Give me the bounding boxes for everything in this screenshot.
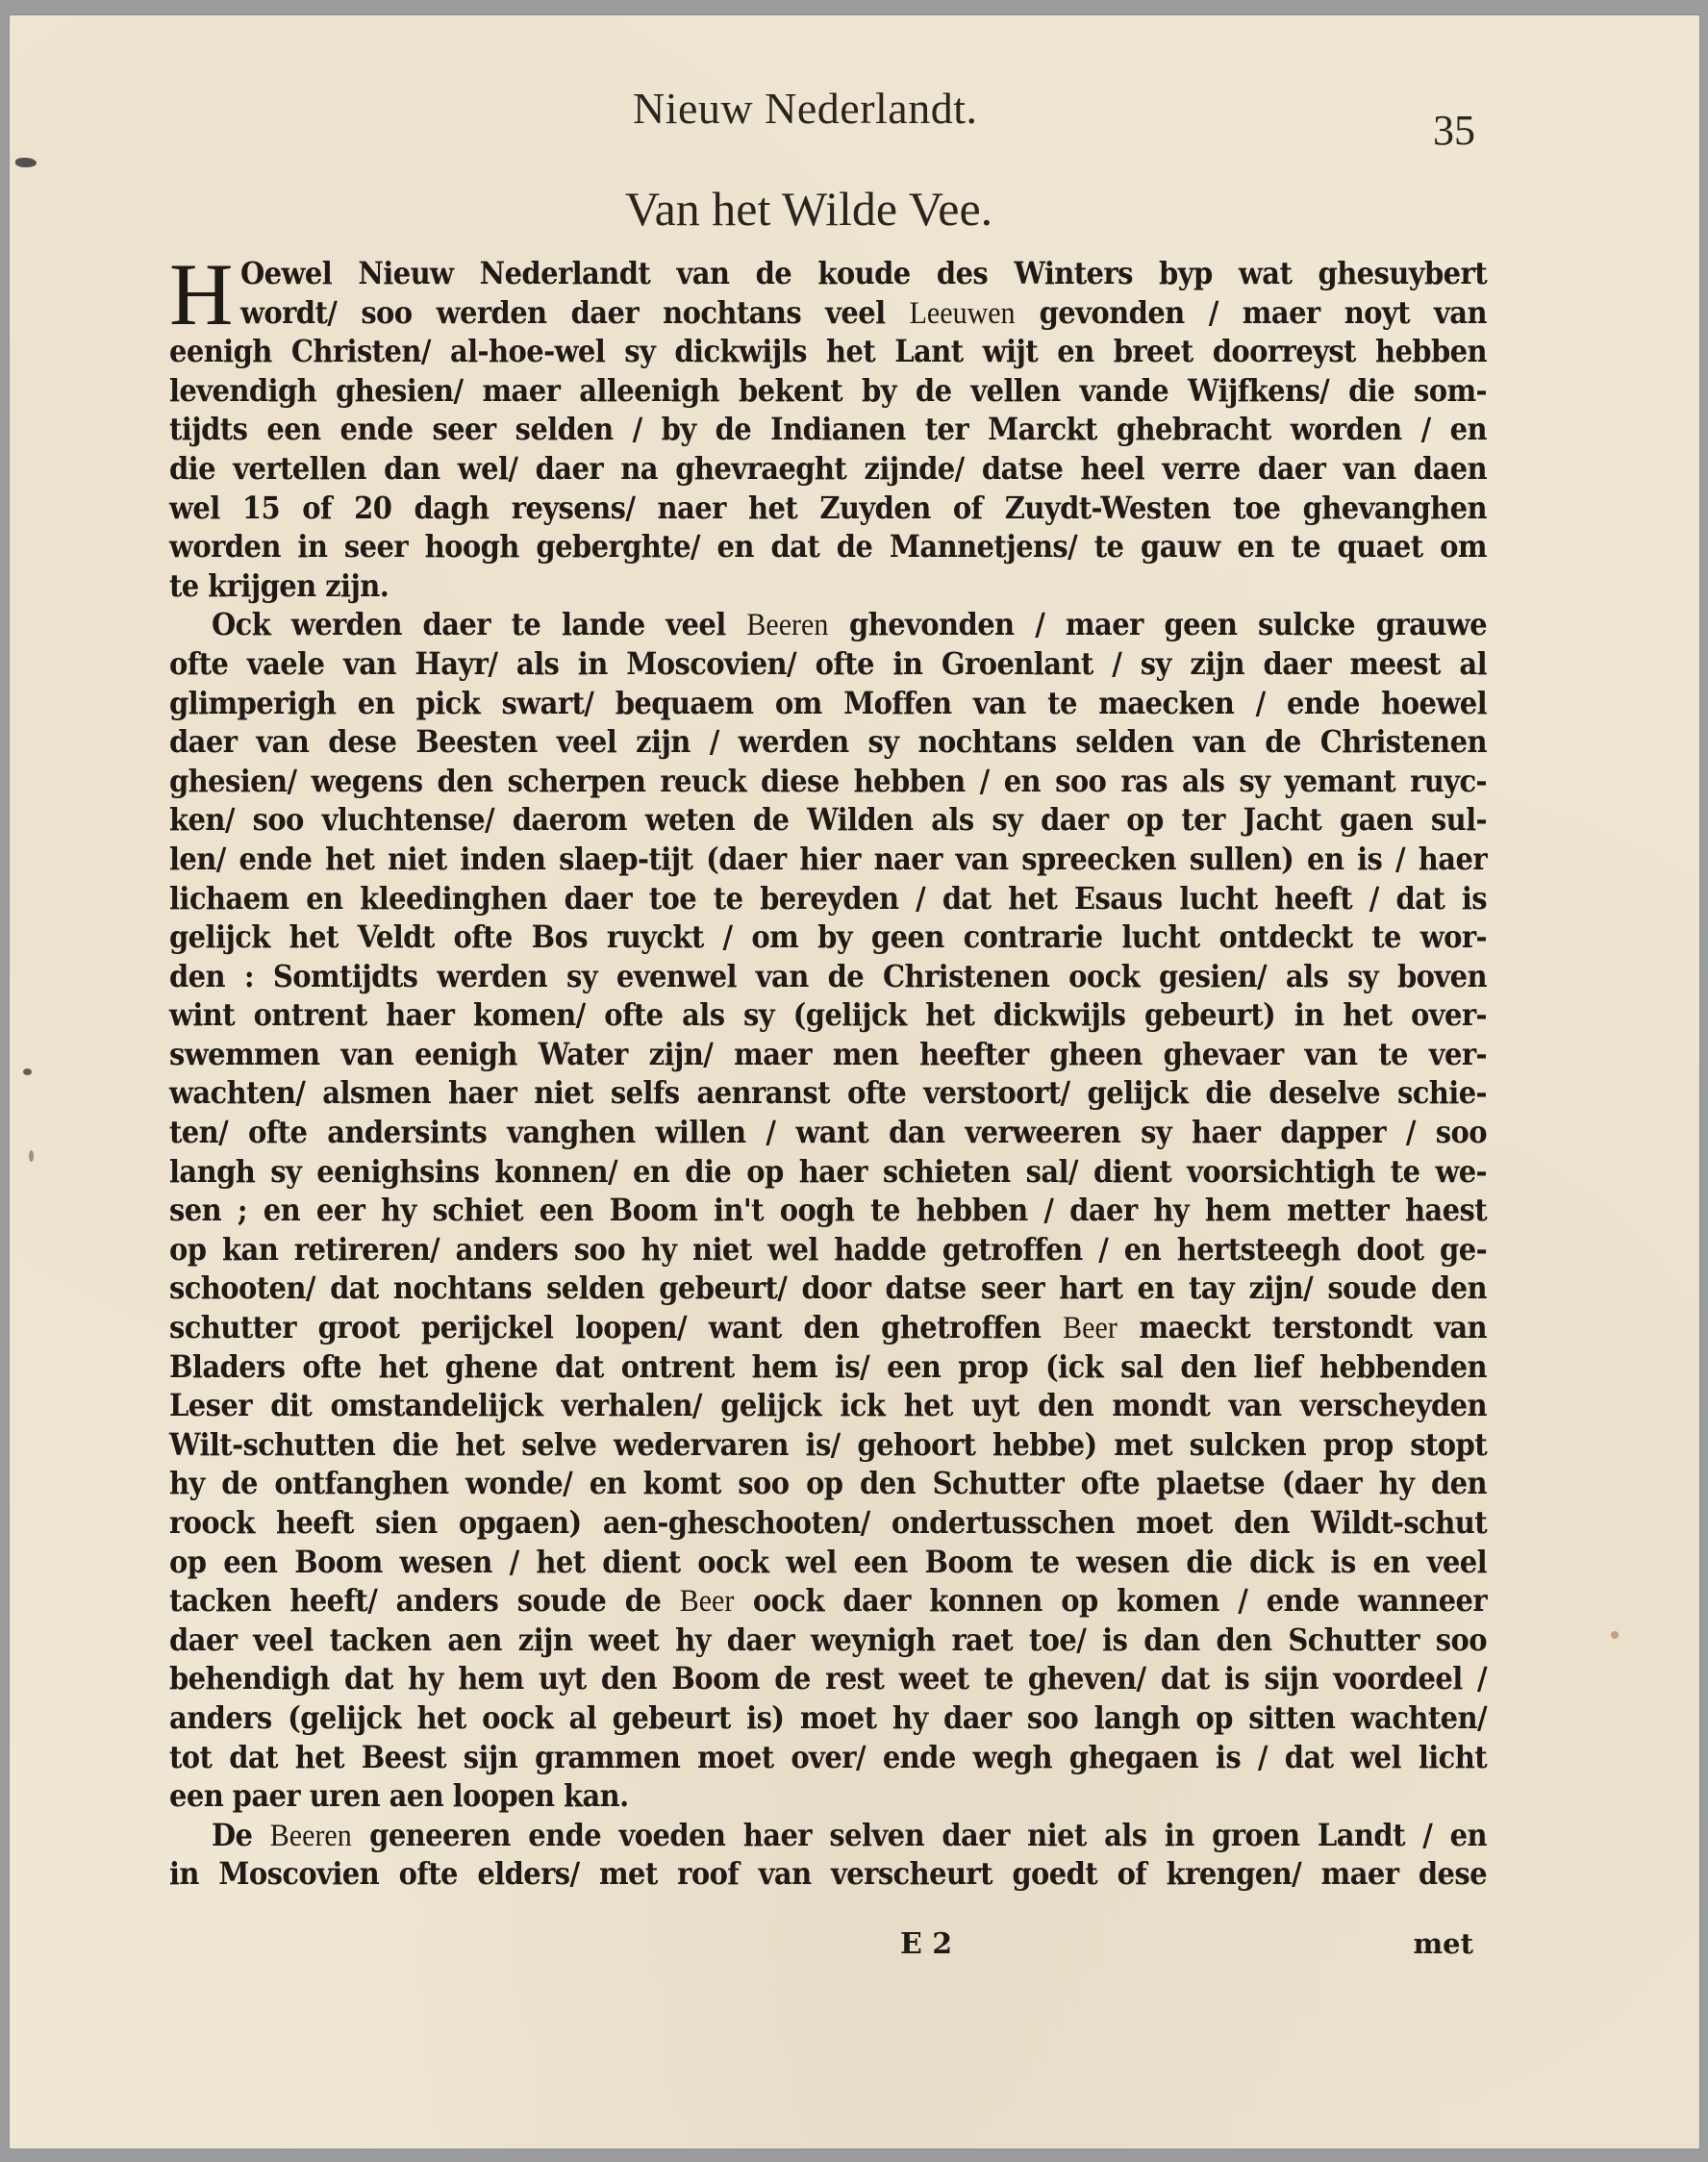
text-line: eenigh Christen/ al-hoe-wel sy dickwijls… [169, 331, 1487, 373]
blackletter-text: ghesien/ wegens den scherpen reuck diese… [169, 763, 1487, 798]
blackletter-text: roock heeft sien opgaen) aen-gheschooten… [169, 1505, 1487, 1541]
text-line: hy de ontfanghen wonde/ en komt soo op d… [169, 1463, 1487, 1505]
text-line: wel 15 of 20 dagh reysens/ naer het Zuyd… [169, 487, 1487, 529]
text-line: te krijgen zijn. [169, 565, 1487, 607]
blackletter-text: wachten/ alsmen haer niet selfs aenranst… [169, 1075, 1487, 1111]
text-line: swemmen van eenigh Water zijn/ maer men … [169, 1033, 1487, 1075]
roman-type-word: Beeren [746, 608, 828, 642]
blackletter-text: daer veel tacken aen zijn weet hy daer w… [169, 1621, 1487, 1657]
text-line: Leser dit omstandelijck verhalen/ gelijc… [169, 1385, 1487, 1427]
blackletter-text: te krijgen zijn. [169, 567, 389, 603]
text-line: Bladers ofte het ghene dat ontrent hem i… [169, 1345, 1487, 1388]
text-line: wint ontrent haer komen/ ofte als sy (ge… [169, 994, 1487, 1037]
text-line: wachten/ alsmen haer niet selfs aenranst… [169, 1072, 1487, 1115]
page-footer: E 2 met [169, 1927, 1487, 1970]
blackletter-text: hy de ontfanghen wonde/ en komt soo op d… [169, 1466, 1487, 1501]
blackletter-text: ken/ soo vluchtense/ daerom weten de Wil… [169, 802, 1487, 838]
text-line: den : Somtijdts werden sy evenwel van de… [169, 955, 1487, 997]
blackletter-text: gelijck het Veldt ofte Bos ruyckt / om b… [169, 919, 1487, 955]
blackletter-text: wint ontrent haer komen/ ofte als sy (ge… [169, 997, 1487, 1033]
blackletter-text: Oewel Nieuw Nederlandt van de koude des … [240, 256, 1487, 291]
text-line: worden in seer hoogh geberghte/ en dat d… [169, 526, 1487, 568]
body-text: H Oewel Nieuw Nederlandt van de koude de… [169, 254, 1487, 1894]
text-line: behendigh dat hy hem uyt den Boom de res… [169, 1658, 1487, 1700]
blackletter-text: langh sy eenighsins konnen/ en die op ha… [169, 1153, 1487, 1189]
page-number: 35 [1433, 106, 1475, 155]
text-line: daer veel tacken aen zijn weet hy daer w… [169, 1619, 1487, 1661]
text-line: ofte vaele van Hayr/ als in Moscovien/ o… [169, 642, 1487, 685]
text-line: ken/ soo vluchtense/ daerom weten de Wil… [169, 799, 1487, 842]
roman-type-word: Leeuwen [910, 295, 1016, 330]
text-line: Ock werden daer te lande veel Beeren ghe… [169, 604, 1487, 646]
text-line: Oewel Nieuw Nederlandt van de koude des … [169, 252, 1487, 294]
blackletter-text: een paer uren aen loopen kan. [169, 1778, 629, 1814]
text-line: in Moscovien ofte elders/ met roof van v… [169, 1853, 1487, 1896]
text-line: gelijck het Veldt ofte Bos ruyckt / om b… [169, 916, 1487, 958]
text-line: levendigh ghesien/ maer alleenigh bekent… [169, 369, 1487, 412]
blackletter-text: Leser dit omstandelijck verhalen/ gelijc… [169, 1388, 1487, 1423]
text-line: len/ ende het niet inden slaep-tijt (dae… [169, 838, 1487, 880]
blackletter-text: wordt/ soo werden daer nochtans veel [240, 294, 910, 330]
blackletter-text: Ock werden daer te lande veel [212, 607, 746, 642]
blackletter-text: De [212, 1817, 270, 1852]
text-line: op kan retireren/ anders soo hy niet wel… [169, 1228, 1487, 1270]
text-line: De Beeren geneeren ende voeden haer selv… [169, 1814, 1487, 1856]
text-line: een paer uren aen loopen kan. [169, 1775, 1487, 1818]
text-line: Wilt-schutten die het selve wedervaren i… [169, 1423, 1487, 1466]
margin-ink-mark [15, 158, 37, 167]
blackletter-text: eenigh Christen/ al-hoe-wel sy dickwijls… [169, 334, 1487, 369]
scanned-page: Nieuw Nederlandt. 35 Van het Wilde Vee. … [10, 15, 1699, 2149]
text-line: tot dat het Beest sijn grammen moet over… [169, 1736, 1487, 1778]
running-head: Nieuw Nederlandt. [633, 83, 978, 134]
text-line: wordt/ soo werden daer nochtans veel Lee… [169, 291, 1487, 334]
text-line: schooten/ dat nochtans selden gebeurt/ d… [169, 1268, 1487, 1310]
catchword: met [1413, 1927, 1473, 1960]
blackletter-text: worden in seer hoogh geberghte/ en dat d… [169, 529, 1487, 565]
blackletter-text: die vertellen dan wel/ daer na ghevraegh… [169, 451, 1487, 487]
blackletter-text: glimperigh en pick swart/ bequaem om Mof… [169, 685, 1487, 720]
text-line: ten/ ofte andersints vanghen willen / wa… [169, 1111, 1487, 1153]
roman-type-word: Beer [1063, 1311, 1118, 1345]
text-line: lichaem en kleedinghen daer toe te berey… [169, 877, 1487, 919]
text-line: schutter groot perijckel loopen/ want de… [169, 1306, 1487, 1348]
blackletter-text: gevonden / maer noyt van [1016, 294, 1487, 330]
blackletter-text: swemmen van eenigh Water zijn/ maer men … [169, 1036, 1487, 1071]
blackletter-text: op kan retireren/ anders soo hy niet wel… [169, 1231, 1487, 1267]
blackletter-text: oock daer konnen op komen / ende wanneer [734, 1583, 1487, 1619]
blackletter-text: daer van dese Beesten veel zijn / werden… [169, 724, 1487, 760]
blackletter-text: wel 15 of 20 dagh reysens/ naer het Zuyd… [169, 490, 1487, 525]
blackletter-text: sen ; en eer hy schiet een Boom in't oog… [169, 1193, 1487, 1228]
blackletter-text: Bladers ofte het ghene dat ontrent hem i… [169, 1348, 1487, 1384]
blackletter-text: behendigh dat hy hem uyt den Boom de res… [169, 1661, 1487, 1697]
ink-spot [29, 1150, 34, 1162]
roman-type-word: Beer [680, 1584, 735, 1619]
text-line: glimperigh en pick swart/ bequaem om Mof… [169, 682, 1487, 724]
text-line: langh sy eenighsins konnen/ en die op ha… [169, 1150, 1487, 1193]
ink-spot [23, 1068, 32, 1075]
text-line: tijdts een ende seer selden / by de Indi… [169, 409, 1487, 451]
signature-mark: E 2 [900, 1927, 952, 1961]
blackletter-text: tijdts een ende seer selden / by de Indi… [169, 412, 1487, 447]
roman-type-word: Beeren [270, 1818, 352, 1852]
text-line: daer van dese Beesten veel zijn / werden… [169, 721, 1487, 764]
blackletter-text: anders (gelijck het oock al gebeurt is) … [169, 1700, 1487, 1736]
stain-spot [1611, 1631, 1619, 1639]
blackletter-text: schooten/ dat nochtans selden gebeurt/ d… [169, 1270, 1487, 1306]
blackletter-text: op een Boom wesen / het dient oock wel e… [169, 1544, 1487, 1579]
blackletter-text: schutter groot perijckel loopen/ want de… [169, 1310, 1063, 1345]
blackletter-text: lichaem en kleedinghen daer toe te berey… [169, 880, 1487, 916]
text-line: ghesien/ wegens den scherpen reuck diese… [169, 760, 1487, 802]
blackletter-text: Wilt-schutten die het selve wedervaren i… [169, 1426, 1487, 1462]
text-line: sen ; en eer hy schiet een Boom in't oog… [169, 1190, 1487, 1232]
text-line: anders (gelijck het oock al gebeurt is) … [169, 1697, 1487, 1739]
blackletter-text: ten/ ofte andersints vanghen willen / wa… [169, 1115, 1487, 1150]
blackletter-text: maeckt terstondt van [1118, 1310, 1487, 1345]
blackletter-text: in Moscovien ofte elders/ met roof van v… [169, 1856, 1487, 1892]
text-line: die vertellen dan wel/ daer na ghevraegh… [169, 447, 1487, 490]
chapter-title: Van het Wilde Vee. [625, 181, 992, 237]
text-line: op een Boom wesen / het dient oock wel e… [169, 1541, 1487, 1583]
blackletter-text: ofte vaele van Hayr/ als in Moscovien/ o… [169, 646, 1487, 682]
text-line: roock heeft sien opgaen) aen-gheschooten… [169, 1501, 1487, 1544]
blackletter-text: tot dat het Beest sijn grammen moet over… [169, 1739, 1487, 1774]
blackletter-text: den : Somtijdts werden sy evenwel van de… [169, 958, 1487, 993]
text-line: tacken heeft/ anders soude de Beer oock … [169, 1580, 1487, 1622]
blackletter-text: len/ ende het niet inden slaep-tijt (dae… [169, 842, 1487, 877]
blackletter-text: ghevonden / maer geen sulcke grauwe [828, 607, 1487, 642]
blackletter-text: tacken heeft/ anders soude de [169, 1583, 680, 1619]
blackletter-text: levendigh ghesien/ maer alleenigh bekent… [169, 372, 1487, 408]
blackletter-text: geneeren ende voeden haer selven daer ni… [352, 1817, 1487, 1852]
